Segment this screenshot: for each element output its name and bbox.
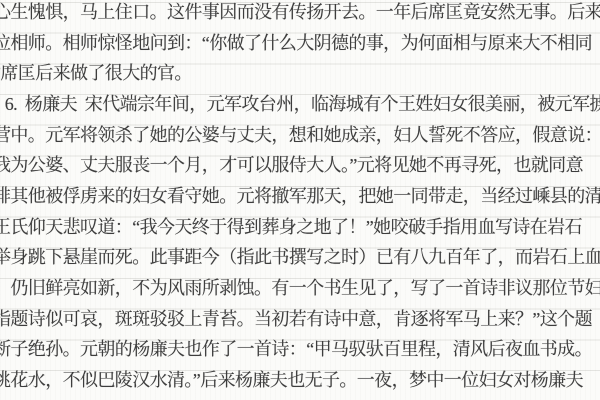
text-line-7: 排其他被俘虏来的妇女看守她。元将撤军那天，把她一同带走，当经过嵊县的清 (0, 181, 600, 212)
text-line-4: 6. 杨廉夫 宋代端宗年间，元军攻台州，临海城有个王姓妇女很美丽，被元军掳 (0, 89, 600, 120)
text-line-2: 位相师。相师惊怪地问到：“你做了什么大阴德的事，为何面相与原来大不相同 (0, 28, 600, 59)
document-page: 心生愧惧，马上住口。这件事因而没有传扬开去。一年后席匡竟安然无事。后来 位相师。… (0, 0, 600, 400)
text-line-3: ”席匡后来做了很大的官。 (0, 58, 600, 89)
text-block: 心生愧惧，马上住口。这件事因而没有传扬开去。一年后席匡竟安然无事。后来 位相师。… (0, 0, 600, 396)
text-line-8: 王氏仰天悲叹道：“我今天终于得到葬身之地了！”她咬破手指用血写诗在岩石 (0, 212, 600, 243)
text-line-12: 断子绝孙。元朝的杨廉夫也作了一首诗：“甲马驭驮百里程，清风后夜血书成。 (0, 334, 600, 365)
text-line-11: 指题诗似可哀，斑斑驳驳上青苔。当初若有诗中意，肯逐将军马上来？”这个题 (0, 304, 600, 335)
text-line-1: 心生愧惧，马上住口。这件事因而没有传扬开去。一年后席匡竟安然无事。后来 (0, 0, 600, 28)
text-line-5: 营中。元军将领杀了她的公婆与丈夫，想和她成亲，妇人誓死不答应，假意说： (0, 120, 600, 151)
text-line-13: 桃花水，不似巴陵汉水清。”后来杨廉夫也无子。一夜，梦中一位妇女对杨廉夫 (0, 365, 600, 396)
text-line-9: 举身跳下悬崖而死。此事距今（指此书撰写之时）已有八九百年了，而岩石上血 (0, 242, 600, 273)
text-line-6: 我为公婆、丈夫服丧一个月，才可以服侍大人。”元将见她不再寻死，也就同意 (0, 150, 600, 181)
text-line-10: ，仍旧鲜亮如新，不为风雨所剥蚀。有一个书生见了，写了一首诗非议那位节妇 (0, 273, 600, 304)
